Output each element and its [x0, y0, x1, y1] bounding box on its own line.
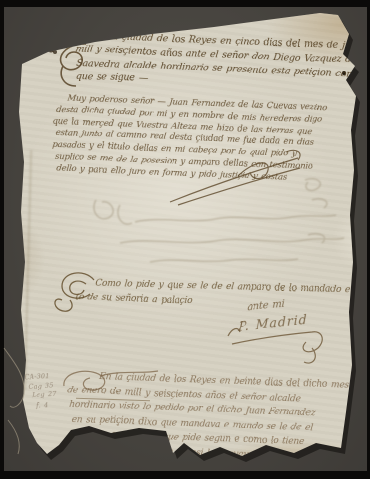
archival-margin-note: CA-301 Cag 35 Leg 27 f. 4 — [24, 372, 58, 411]
petition-paragraph: Muy poderoso señor — Juan Fernandez de l… — [47, 93, 327, 186]
manuscript-page: + En la çiudad de los Reyes en çinco dia… — [0, 0, 370, 479]
margin-note-line: f. 4 — [25, 400, 58, 411]
margin-note-line: Leg 27 — [25, 391, 58, 402]
heading-paragraph: En la çiudad de los Reyes en çinco dias … — [72, 29, 370, 96]
manuscript-photo: + En la çiudad de los Reyes en çinco dia… — [0, 0, 370, 479]
